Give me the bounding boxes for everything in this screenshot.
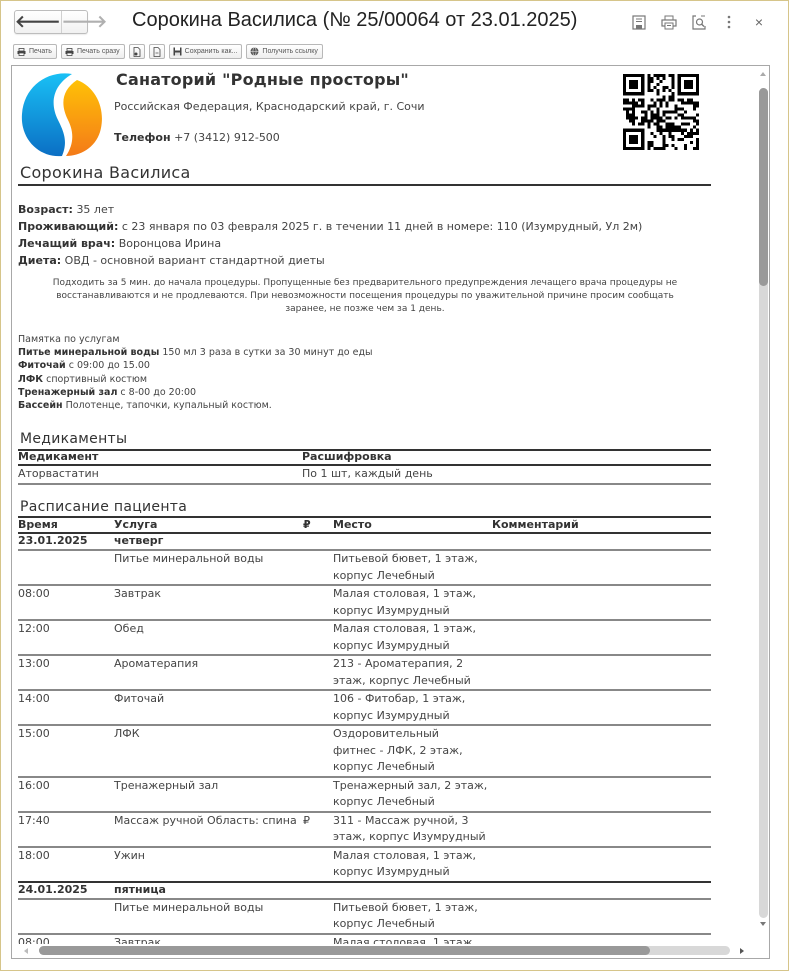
report-toolbar: Печать Печать сразу Сохранить как... Пол… [13,44,323,60]
memo-item: ЛФК спортивный костюм [18,373,373,386]
schedule-time: 14:00 [18,691,50,708]
document-settings-icon [133,47,141,57]
globe-icon [250,47,259,56]
print-button[interactable]: Печать [13,44,57,59]
preview-icon [692,15,706,30]
scroll-left-icon[interactable] [24,948,28,954]
window-actions: × [624,11,774,33]
schedule-service: Питье минеральной воды [114,551,263,568]
organization-address: Российская Федерация, Краснодарский край… [114,100,425,113]
schedule-service: Завтрак [114,935,161,945]
schedule-weekday: пятница [114,883,166,896]
schedule-place: Оздоровительныйфитнес - ЛФК, 2 этаж,корп… [333,726,463,776]
print-now-button[interactable]: Печать сразу [61,44,125,59]
schedule-time: 13:00 [18,656,50,673]
schedule-time: 18:00 [18,848,50,865]
scroll-right-icon[interactable] [740,948,744,954]
memo-item: Тренажерный зал с 8-00 до 20:00 [18,386,373,399]
organization-name: Санаторий "Родные просторы" [116,70,409,89]
memo-item: Фиточай с 09:00 до 15.00 [18,359,373,372]
schedule-service: Фиточай [114,691,164,708]
schedule-time: 15:00 [18,726,50,743]
schedule-place: 106 - Фитобар, 1 этаж,корпус Изумрудный [333,691,465,724]
print-button[interactable] [654,11,684,33]
vertical-scrollbar[interactable] [757,66,770,944]
medication-column-header: Медикамент [18,450,98,463]
save-icon [632,15,646,30]
schedule-place: Малая столовая, 1 этаж,корпус Изумрудный [333,586,476,619]
scroll-up-icon[interactable] [760,72,766,76]
close-icon: × [755,14,763,30]
window-title: Сорокина Василиса (№ 25/00064 от 23.01.2… [132,9,577,32]
schedule-service: Ужин [114,848,145,865]
navigation-buttons: 🡐 🡒 [14,10,88,34]
phone-label: Телефон [114,131,171,144]
save-button[interactable] [624,11,654,33]
page-icon [153,47,161,57]
patient-diet: Диета: ОВД - основной вариант стандартно… [18,254,325,267]
time-column-header: Время [18,518,58,531]
printer-icon [65,48,74,56]
organization-phone: Телефон +7 (3412) 912-500 [114,131,280,144]
medication-decoding: По 1 шт, каждый день [302,466,433,483]
more-button[interactable] [714,11,744,33]
schedule-place: Малая столовая, 1 этаж,корпус Изумрудный [333,621,476,654]
memo-item: Бассейн Полотенце, тапочки, купальный ко… [18,399,373,412]
schedule-time: 17:40 [18,813,50,830]
schedule-time: 08:00 [18,935,50,945]
schedule-service: Завтрак [114,586,161,603]
paid-service-icon: ₽ [303,813,310,830]
decoding-column-header: Расшифровка [302,450,392,463]
patient-doctor: Лечащий врач: Воронцова Ирина [18,237,221,250]
row-divider [18,483,711,485]
schedule-service: ЛФК [114,726,140,743]
patient-age: Возраст: 35 лет [18,203,114,216]
qr-code-icon [623,74,699,150]
scroll-thumb[interactable] [759,88,768,286]
schedule-place: 213 - Ароматерапия, 2этаж, корпус Лечебн… [333,656,471,689]
memo-item: Питье минеральной воды 150 мл 3 раза в с… [18,346,373,359]
schedule-service: Питье минеральной воды [114,900,263,917]
schedule-weekday: четверг [114,534,163,547]
phone-value: +7 (3412) 912-500 [174,131,280,144]
medications-title: Медикаменты [20,431,127,447]
service-column-header: Услуга [114,518,157,531]
paid-column-header: ₽ [303,518,311,531]
scroll-down-icon[interactable] [760,922,766,926]
save-as-button[interactable]: Сохранить как... [169,44,243,59]
print-icon [661,15,677,30]
preview-button[interactable] [684,11,714,33]
medication-name: Аторвастатин [18,466,99,483]
schedule-service: Массаж ручной Область: спина [114,813,297,830]
procedure-notice: Подходить за 5 мин. до начала процедуры.… [50,277,680,316]
get-link-label: Получить ссылку [262,48,317,55]
patient-name: Сорокина Василиса [20,163,191,182]
schedule-place: Малая столовая, 1 этаж,корпус Изумрудный [333,848,476,881]
print-label: Печать [29,48,52,55]
copies-button[interactable] [129,44,145,59]
schedule-place: Тренажерный зал, 2 этаж,корпус Лечебный [333,778,487,811]
place-column-header: Место [333,518,372,531]
sanatorium-logo-icon [20,72,104,158]
printer-icon [17,48,26,56]
spreadsheet-document: Санаторий "Родные просторы" Российская Ф… [12,66,757,944]
schedule-place: 311 - Массаж ручной, 3этаж, корпус Изумр… [333,813,486,846]
page-setup-button[interactable] [149,44,165,59]
document-viewer: Санаторий "Родные просторы" Российская Ф… [11,65,770,959]
save-as-label: Сохранить как... [185,48,238,55]
arrow-left-icon: 🡐 [15,12,61,32]
schedule-service: Ароматерапия [114,656,198,673]
schedule-place: Малая столовая, 1 этаж,корпус Изумрудный [333,935,476,945]
services-memo: Памятка по услугам Питье минеральной вод… [18,333,373,412]
scroll-thumb[interactable] [39,946,650,955]
horizontal-scrollbar[interactable] [12,944,757,958]
schedule-place: Питьевой бювет, 1 этаж,корпус Лечебный [333,900,478,933]
schedule-time: 08:00 [18,586,50,603]
arrow-right-icon: 🡒 [62,12,108,32]
get-link-button[interactable]: Получить ссылку [246,44,322,59]
schedule-time: 12:00 [18,621,50,638]
more-icon [727,15,731,29]
divider [18,184,711,186]
forward-button[interactable]: 🡒 [62,11,108,33]
floppy-icon [173,47,182,56]
report-window: 🡐 🡒 Сорокина Василиса (№ 25/00064 от 23.… [0,0,789,971]
print-now-label: Печать сразу [77,48,120,55]
schedule-service: Обед [114,621,144,638]
schedule-title: Расписание пациента [20,499,187,515]
schedule-date: 23.01.2025 [18,534,88,547]
schedule-time: 16:00 [18,778,50,795]
schedule-place: Питьевой бювет, 1 этаж,корпус Лечебный [333,551,478,584]
schedule-date: 24.01.2025 [18,883,88,896]
close-button[interactable]: × [744,11,774,33]
memo-title: Памятка по услугам [18,333,373,346]
back-button[interactable]: 🡐 [15,11,62,33]
schedule-service: Тренажерный зал [114,778,218,795]
title-bar: 🡐 🡒 Сорокина Василиса (№ 25/00064 от 23.… [1,1,788,41]
comment-column-header: Комментарий [492,518,579,531]
patient-stay: Проживающий: с 23 января по 03 февраля 2… [18,220,642,233]
